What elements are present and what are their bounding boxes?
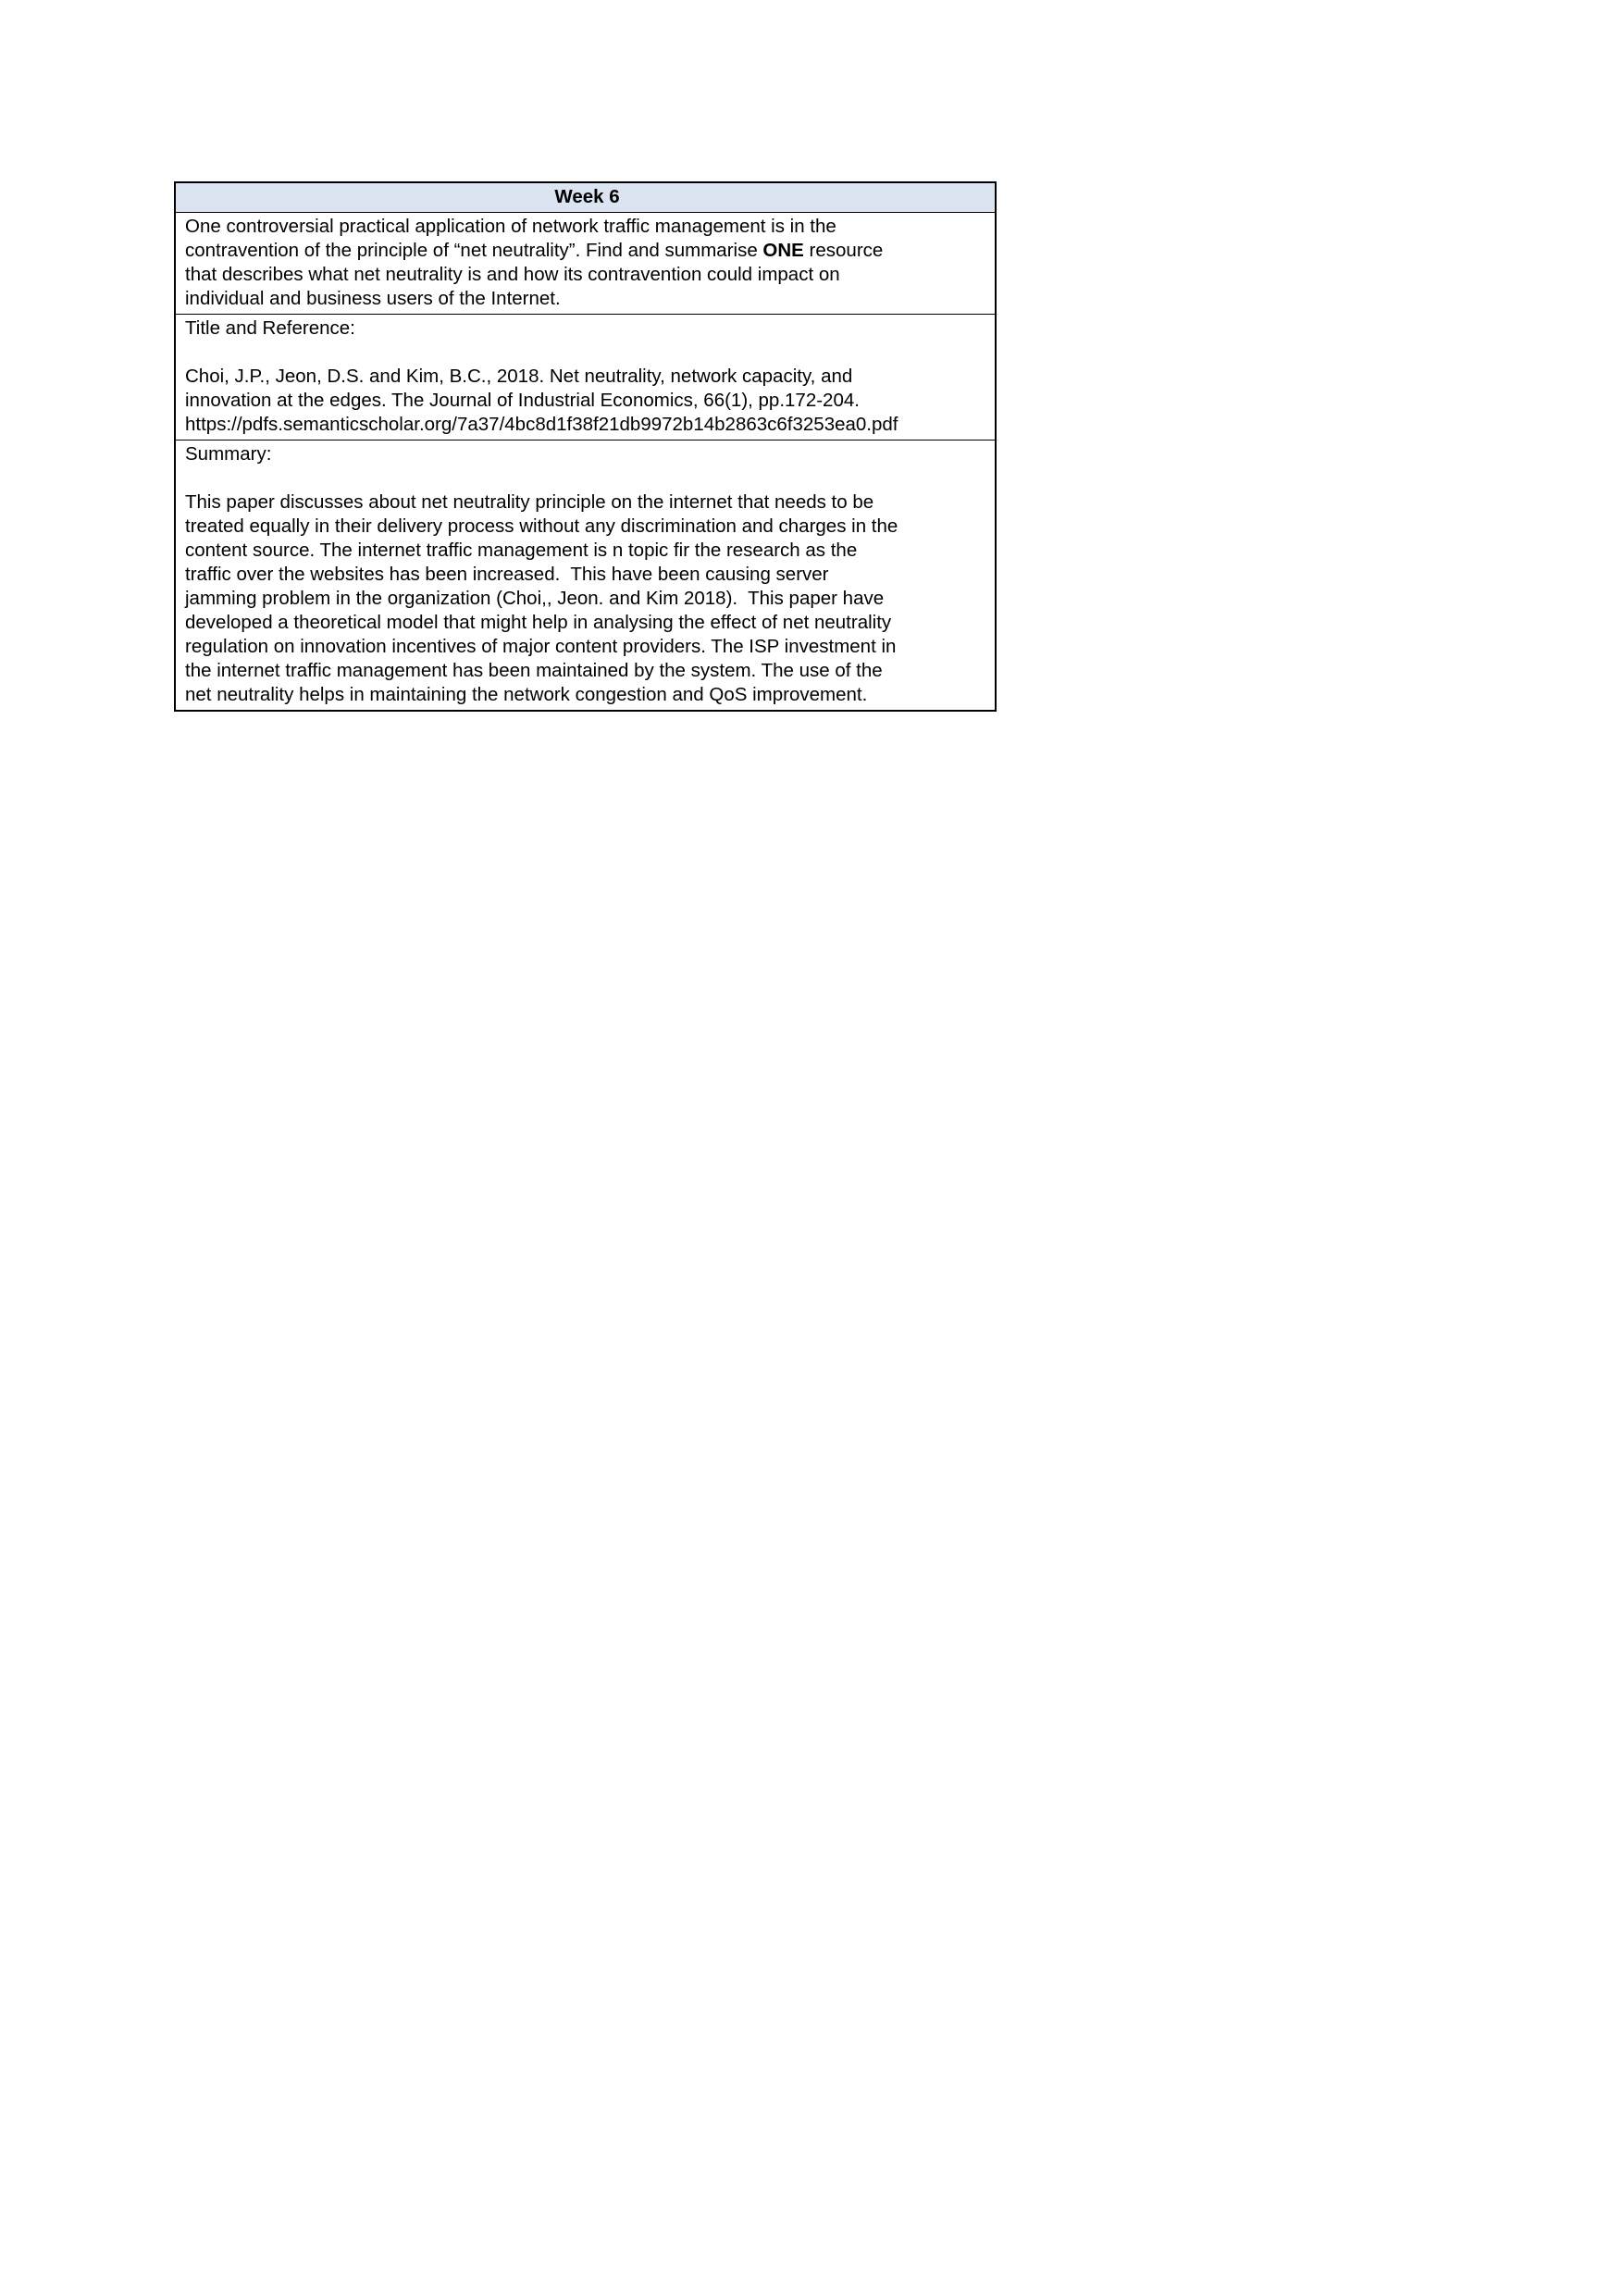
reference-url: https://pdfs.semanticscholar.org/7a37/4b…	[185, 413, 989, 437]
summary-text: This paper discusses about net neutralit…	[185, 490, 989, 707]
question-text-before: One controversial practical application …	[185, 216, 836, 261]
question-one-emphasis: ONE	[762, 240, 803, 261]
reference-cell: Title and Reference: Choi, J.P., Jeon, D…	[175, 315, 996, 441]
table-row: Title and Reference: Choi, J.P., Jeon, D…	[175, 315, 996, 441]
question-text: One controversial practical application …	[185, 215, 989, 311]
reference-label: Title and Reference:	[185, 316, 989, 341]
reference-citation: Choi, J.P., Jeon, D.S. and Kim, B.C., 20…	[185, 365, 989, 413]
table-row: Summary: This paper discusses about net …	[175, 441, 996, 712]
table-row: Week 6	[175, 182, 996, 213]
summary-label: Summary:	[185, 442, 989, 466]
table-header-week6: Week 6	[175, 182, 996, 213]
summary-cell: Summary: This paper discusses about net …	[175, 441, 996, 712]
question-cell: One controversial practical application …	[175, 213, 996, 315]
table-row: One controversial practical application …	[175, 213, 996, 315]
week6-table: Week 6 One controversial practical appli…	[174, 181, 997, 712]
